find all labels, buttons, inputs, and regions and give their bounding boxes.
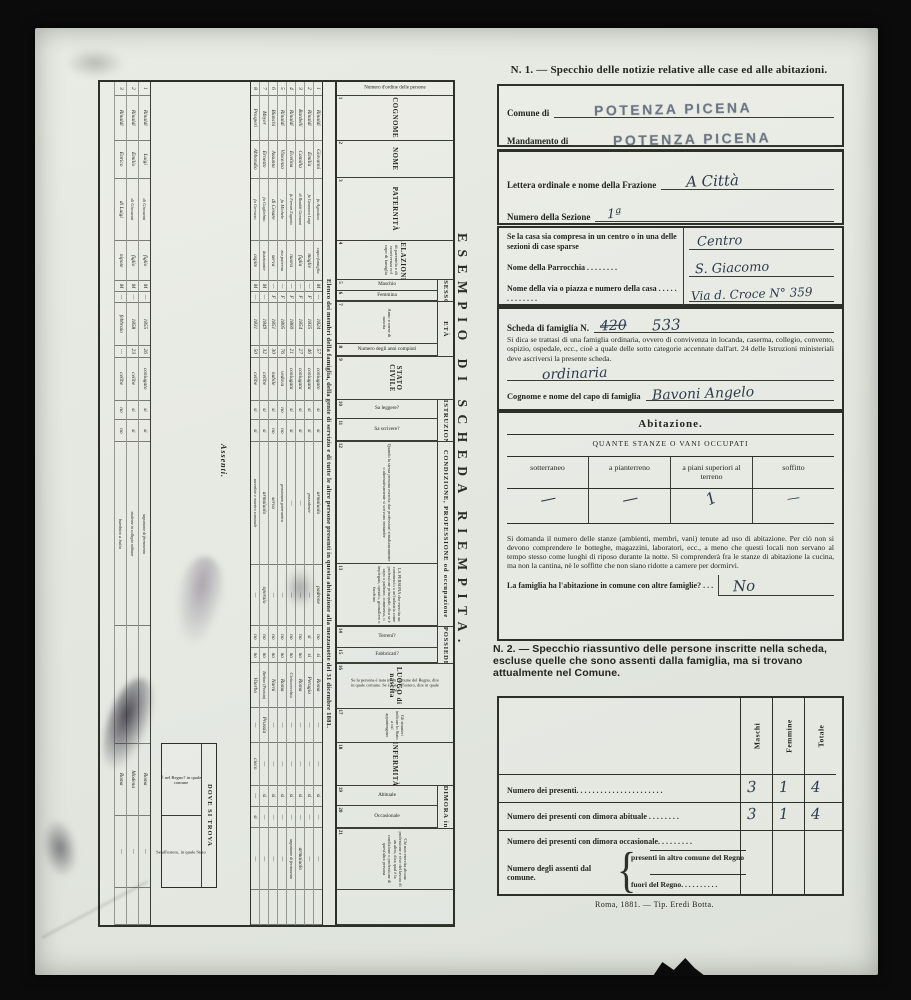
table-cell: — [260, 743, 268, 786]
paper-sheet: Numero d'ordine delle personeCOGNOME1NOM… [35, 28, 878, 975]
table-cell: — [287, 708, 295, 743]
presenti-rows: 1RinaldiGiovannifu Agostinocapo-famiglia… [250, 82, 322, 925]
table-cell: sì [296, 401, 304, 421]
table-cell: Rinaldi [139, 96, 150, 141]
abitazione-title: Abitazione. [499, 413, 842, 430]
table-cell: negoziante di ferramenta [139, 442, 150, 626]
form1-comune-box: Comune di POTENZA PICENA Mandamento di P… [497, 84, 844, 147]
table-cell: 30 [269, 346, 277, 358]
table-cell: — [127, 292, 138, 303]
stanze-col-pianterreno: a pianterreno [589, 457, 671, 488]
table-cell: 1824 [314, 303, 322, 346]
table-cell: moglie [305, 241, 313, 281]
assenti-branch-regno: presenti in altro comune del Regno [631, 853, 781, 862]
table-cell: di Luigi [115, 179, 126, 242]
table-cell: — [305, 281, 313, 292]
table-cell: no [296, 648, 304, 663]
table-cell: Prosperi [251, 96, 259, 141]
table-cell: sì [269, 786, 277, 807]
dst-regno-header: È nel Regno? in quale comune [162, 744, 201, 816]
table-cell: sacerdote e maestro comunale [251, 442, 259, 564]
table-cell: sì [139, 401, 150, 421]
table-cell: sì [139, 420, 150, 442]
table-cell: capo-famiglia [314, 241, 322, 281]
comune-question: La famiglia ha l'abitazione in comune co… [507, 581, 713, 591]
header-cell: Maschio5 [337, 280, 437, 291]
table-title-line: Elenco dei membri della famiglia, della … [322, 82, 335, 925]
table-cell [269, 890, 277, 925]
table-cell: Viterbo [251, 663, 259, 708]
table-cell: Civitavecchia [287, 663, 295, 708]
table-cell: Evelina [287, 141, 295, 179]
table-cell: — [314, 828, 322, 890]
table-cell: zia paterna [278, 241, 286, 281]
person-row: 4RinaldiEvelinafu Ferrari Eugenionuora—F… [286, 82, 295, 925]
table-cell: Perugia [305, 663, 313, 708]
abituale-maschi: 3 [747, 805, 757, 823]
table-cell: Giovanni [314, 141, 322, 179]
table-cell: Rinaldi [278, 96, 286, 141]
stanze-value-cell: 1 [671, 489, 753, 523]
table-cell: — [260, 292, 268, 303]
header-group: SESSOMaschio5Femmina6 [337, 280, 453, 302]
table-cell: fu Ferrari Eugenio [287, 179, 295, 242]
centro-label: Se la casa sia compresa in un centro o i… [507, 228, 684, 255]
parrocchia-value: S. Giacomo [695, 259, 770, 277]
comune-label: Comune di [507, 108, 549, 118]
table-cell [278, 890, 286, 925]
table-cell: 1860 [287, 303, 295, 346]
table-cell: Vincenza [278, 141, 286, 179]
table-cell: Berlino (Prussia) [260, 663, 268, 708]
table-cell: sì [260, 401, 268, 421]
header-cell: Numero degli anni compiuti8 [337, 344, 437, 356]
presenti-maschi: 3 [747, 778, 757, 796]
table-cell: no [296, 626, 304, 648]
table-cell: Rinaldi [287, 96, 295, 141]
table-cell: sì [314, 786, 322, 807]
header-cell: RELAZIONEdi parentela o di convivenza co… [337, 241, 453, 281]
table-cell: Bardelli [296, 96, 304, 141]
table-cell: — [251, 565, 259, 627]
table-cell: figlia [296, 241, 304, 281]
header-cell: LA PERSONA che esercita un commercio o u… [337, 564, 437, 626]
table-cell: — [251, 708, 259, 743]
table-cell: no [287, 626, 295, 648]
sezione-value: 1ª [607, 207, 622, 222]
table-cell: — [260, 828, 268, 890]
table-cell: armaiuolo [296, 828, 304, 890]
header-cell: Numero d'ordine delle persone [337, 82, 453, 96]
table-cell: — [278, 807, 286, 829]
table-header-band: Numero d'ordine delle personeCOGNOME1NOM… [335, 82, 453, 925]
scheda-label: Scheda di famiglia N. [507, 323, 589, 333]
row-dimora-abituale-label: Numero dei presenti con dimora abituale … [507, 812, 737, 821]
person-row: 2RinaldiEmiliafu Casanova Luigimoglie—F1… [304, 82, 313, 925]
table-cell: Roma [278, 663, 286, 708]
table-cell: Roma [296, 663, 304, 708]
table-cell: 2 [127, 82, 138, 96]
header-cell: Quando la stessa persona esercita due pr… [337, 442, 437, 564]
table-cell: possidente [305, 442, 313, 564]
table-cell: 2 [305, 82, 313, 96]
table-cell: Rinaldi [115, 96, 126, 141]
table-cell: sì [269, 401, 277, 421]
header-cell: Gli stranieri indicare lo Stato a cui ap… [337, 709, 453, 744]
table-cell: Prussia [260, 708, 268, 743]
table-cell: — [269, 281, 277, 292]
table-cell: sì [251, 401, 259, 421]
table-cell: no [115, 420, 126, 442]
pen-smudge [285, 568, 315, 608]
table-cell: no [251, 626, 259, 648]
table-cell: — [269, 743, 277, 786]
row-presenti-label: Numero dei presenti. . . . . . . . . . .… [507, 786, 737, 795]
table-cell: Enrico [115, 141, 126, 179]
table-cell: 1 [314, 82, 322, 96]
presenti-totale: 4 [811, 778, 821, 796]
table-cell: no [115, 401, 126, 421]
table-cell: figlio [139, 241, 150, 281]
table-cell: 26 [139, 346, 150, 358]
table-cell: sì [260, 420, 268, 442]
table-cell: figlio [127, 241, 138, 281]
table-cell: Rinaldi [314, 96, 322, 141]
table-cell: 32 [260, 346, 268, 358]
mandamento-label: Mandamento di [507, 136, 568, 146]
stanze-value-cell: — [507, 489, 589, 523]
person-row: 3BardelliCamilladi Rinaldi Giovannifigli… [295, 82, 304, 925]
frazione-field: A Città [661, 175, 834, 190]
table-cell: coniugato [314, 358, 322, 401]
table-cell: 3 [296, 82, 304, 96]
assenti-label: Assenti. [219, 444, 228, 478]
via-label: Nome della via o piazza e numero della c… [507, 281, 684, 306]
form1-location-box: Se la casa sia compresa in un centro o i… [497, 226, 844, 306]
table-cell: sì [305, 420, 313, 442]
header-cell: Sa leggere?10 [337, 400, 437, 420]
header-cell: Chi non esercita alcuna professione e vi… [337, 829, 453, 890]
table-cell: di Giovanni [139, 179, 150, 242]
table-cell: fu Guglielmo [260, 179, 268, 242]
person-row: 3RinaldiEnricodi LuiginipoteM—febbraio—c… [114, 82, 126, 925]
table-cell: Meyer [260, 96, 268, 141]
table-cell: — [251, 786, 259, 807]
table-cell: — [287, 281, 295, 292]
presenti-femmine: 1 [779, 778, 789, 796]
table-cell: sì [314, 648, 322, 663]
table-cell: — [278, 743, 286, 786]
table-cell [127, 888, 138, 925]
assenti-branch-estero: fuori del Regno. . . . . . . . . . [631, 880, 781, 889]
table-cell: — [314, 743, 322, 786]
table-cell: no [251, 648, 259, 663]
person-row: 1RinaldiGiovannifu Agostinocapo-famiglia… [313, 82, 322, 925]
table-cell: 8 [251, 82, 259, 96]
table-cell: Roma [314, 663, 322, 708]
table-cell: — [287, 442, 295, 564]
table-cell: serva [269, 241, 277, 281]
table-cell [260, 890, 268, 925]
tipo-field: ordinaria [507, 366, 834, 381]
table-cell: Rinaldi [127, 96, 138, 141]
table-cell: sì [296, 420, 304, 442]
centro-field: Centro [689, 233, 834, 250]
table-cell: no [269, 626, 277, 648]
table-cell: 76 [278, 346, 286, 358]
table-cell: — [287, 743, 295, 786]
table-cell: pensionata governativa [278, 442, 286, 564]
table-cell: dozzinante [260, 241, 268, 281]
stanze-value-cell: — [753, 489, 834, 523]
mandamento-stamp: POTENZA PICENA [613, 129, 771, 148]
table-cell: — [305, 743, 313, 786]
table-cell: — [139, 816, 150, 889]
table-cell: no [278, 420, 286, 442]
header-group: POSSIEDETerreni?14Fabbricati?15 [337, 627, 453, 664]
table-cell: Roma [139, 744, 150, 816]
table-cell: coniugata [296, 358, 304, 401]
table-cell: 1849 [260, 303, 268, 346]
table-cell: celibe [127, 358, 138, 401]
table-cell: 1858 [127, 303, 138, 346]
table-cell: 46 [305, 346, 313, 358]
table-cell: 6 [269, 82, 277, 96]
table-cell: 1831 [251, 303, 259, 346]
table-cell: — [314, 708, 322, 743]
table-cell: ospite [251, 241, 259, 281]
table-cell [139, 888, 150, 925]
table-cell [296, 890, 304, 925]
table-cell: F [278, 292, 286, 303]
comune-stamp: POTENZA PICENA [594, 99, 752, 118]
sezione-label: Numero della Sezione [507, 212, 590, 222]
table-cell: — [278, 281, 286, 292]
table-cell: — [314, 292, 322, 303]
form2-value-columns: Maschi Femmine Totale [740, 698, 836, 894]
person-row: 2RinaldiEmiliodi GiovannifiglioM—185823c… [126, 82, 138, 925]
table-cell: F [287, 292, 295, 303]
example-family-table: Numero d'ordine delle personeCOGNOME1NOM… [98, 80, 455, 927]
table-cell: M [251, 281, 259, 292]
table-cell: fu Michele [278, 179, 286, 242]
col-totale: Totale [804, 698, 836, 894]
comune-answer: No [733, 577, 756, 596]
table-cell: no [278, 648, 286, 663]
table-cell: sì [287, 420, 295, 442]
table-cell: M [139, 281, 150, 292]
stanze-caption: QUANTE STANZE O VANI OCCUPATI [507, 434, 834, 452]
abituale-totale: 4 [811, 805, 821, 823]
form1-title: N. 1. — Specchio delle notizie relative … [493, 64, 845, 76]
table-cell: cieco [251, 743, 259, 786]
header-spacer [337, 890, 453, 925]
table-cell: Emilio [127, 141, 138, 179]
dove-si-trova-header: DOVE SI TROVA È nel Regno? in quale comu… [161, 743, 217, 888]
header-cell: Fabbricati?15 [337, 648, 437, 663]
centro-value: Centro [697, 233, 743, 250]
header-group: DIMORA in questo ComuneAbituale19Occasio… [337, 786, 453, 829]
header-cell: Femmina6 [337, 291, 437, 302]
sezione-field: 1ª [595, 207, 834, 222]
table-cell: 1851 [269, 303, 277, 346]
header-cell: STATO CIVILE9 [337, 357, 453, 400]
ink-blot [38, 816, 82, 881]
row-assenti-label: Numero degli assenti dal comune. [507, 864, 617, 882]
stanze-note: Si domanda il numero delle stanze (ambie… [499, 532, 842, 573]
table-cell: 3 [115, 82, 126, 96]
table-cell: 1835 [305, 303, 313, 346]
person-row: 1RinaldiLuigidi GiovannifiglioM—185526co… [138, 82, 150, 925]
table-cell: sì [127, 401, 138, 421]
table-cell: di Cesare [269, 179, 277, 242]
frazione-value: A Città [686, 171, 739, 191]
table-cell: Rinaldi [305, 96, 313, 141]
stanze-table: sotterraneo a pianterreno a piani superi… [507, 456, 834, 524]
capo-value: Bavoni Angelo [651, 384, 754, 404]
frazione-label: Lettera ordinale e nome della Frazione [507, 180, 656, 190]
person-row: 5RinaldiVincenzafu Michelezia paterna—F1… [277, 82, 286, 925]
table-cell: Ernesto [260, 141, 268, 179]
tipo-value: ordinaria [542, 365, 608, 383]
table-cell: operaio [260, 565, 268, 627]
header-group: ISTRUZIONESa leggere?10Sa scrivere?11 [337, 400, 453, 442]
table-cell: 7 [260, 82, 268, 96]
table-cell: no [269, 420, 277, 442]
table-cell: 1854 [296, 303, 304, 346]
header-cell: INFERMITÀ18 [337, 743, 453, 786]
table-cell: sì [314, 401, 322, 421]
stanze-col-piani-superiori: a piani superiori al terreno [671, 457, 753, 488]
form1-scheda-box: Scheda di famiglia N. 420 533 Si dica se… [497, 306, 844, 411]
table-cell: sì [305, 648, 313, 663]
table-cell: Assunta [269, 141, 277, 179]
table-cell: M [115, 281, 126, 292]
table-cell: sì [305, 626, 313, 648]
vertical-caption: ESEMPIO DI SCHEDA RIEMPITA. [454, 233, 470, 773]
person-row: 6BianchiAssuntadi Cesareserva—F185130nub… [268, 82, 277, 925]
header-cell: Sa scrivere?11 [337, 419, 437, 440]
assenti-brace: { [617, 840, 636, 899]
header-cell: Abituale19 [337, 786, 437, 807]
table-cell: Bianchi [269, 96, 277, 141]
table-cell: — [305, 807, 313, 829]
table-cell: sì [278, 786, 286, 807]
table-cell: no [278, 401, 286, 421]
table-cell: no [287, 648, 295, 663]
table-cell: di Rinaldi Giovanni [296, 179, 304, 242]
table-cell: M [260, 281, 268, 292]
table-cell: serva [269, 442, 277, 564]
scheda-field: 420 533 [594, 318, 834, 333]
table-cell: — [296, 807, 304, 829]
table-cell: no [278, 626, 286, 648]
table-cell: no [260, 626, 268, 648]
col-femmine: Femmine [772, 698, 804, 894]
table-cell: — [269, 708, 277, 743]
table-cell: — [296, 281, 304, 292]
dst-estero-header: Se all'estero, in quale Stato [162, 816, 201, 887]
table-cell [251, 890, 259, 925]
table-cell: di Giovanni [127, 179, 138, 242]
table-cell: Camilla [296, 141, 304, 179]
table-cell: — [296, 743, 304, 786]
table-cell: 57 [314, 346, 322, 358]
table-cell: sì [314, 420, 322, 442]
dove-si-trova-title: DOVE SI TROVA [201, 744, 216, 887]
census-scan-page: Numero d'ordine delle personeCOGNOME1NOM… [0, 0, 911, 1000]
capo-label: Cognome e nome del capo di famiglia [507, 392, 641, 401]
table-cell: — [296, 442, 304, 564]
table-cell: nuora [287, 241, 295, 281]
person-row: 8ProsperiAbbondiofu GervasoospiteM—18315… [250, 82, 259, 925]
table-cell: sì [127, 420, 138, 442]
table-cell: 5 [278, 82, 286, 96]
table-cell: no [260, 648, 268, 663]
table-cell: M [314, 281, 322, 292]
table-cell: vedova [278, 358, 286, 401]
table-cell: — [278, 708, 286, 743]
table-cell: 1855 [139, 303, 150, 346]
table-cell: 21 [287, 346, 295, 358]
table-cell: — [115, 346, 126, 358]
table-cell: coniugato [139, 358, 150, 401]
header-cell: Occasionale20 [337, 806, 437, 827]
col-maschi: Maschi [740, 698, 772, 894]
edge-shadow [65, 48, 125, 78]
header-cell: Anno o mese di nascita7 [337, 302, 437, 344]
header-cell: NOME2 [337, 141, 453, 179]
table-cell: F [296, 292, 304, 303]
table-cell: sì [296, 786, 304, 807]
table-cell: sì [251, 807, 259, 829]
abituale-femmine: 1 [779, 805, 789, 823]
table-cell: armaiuolo [260, 442, 268, 564]
imprint: Roma, 1881. — Tip. Eredi Botta. [595, 900, 714, 909]
table-cell: — [251, 828, 259, 890]
table-cell: — [278, 828, 286, 890]
table-cell: — [127, 816, 138, 889]
capo-field: Bavoni Angelo [646, 386, 834, 401]
table-cell: 27 [296, 346, 304, 358]
form2-title: N. 2. — Specchio riassuntivo delle perso… [493, 643, 845, 679]
scheda-note: Si dica se trattasi di una famiglia ordi… [499, 333, 842, 365]
table-cell [287, 890, 295, 925]
table-cell: fu Casanova Luigi [305, 179, 313, 242]
table-cell: — [139, 292, 150, 303]
assenti-rows: 1RinaldiLuigidi GiovannifiglioM—185526co… [114, 82, 150, 925]
table-cell: — [278, 565, 286, 627]
table-cell: negoziante di ferramenta [287, 828, 295, 890]
form2-table: Maschi Femmine Totale Numero dei present… [497, 696, 844, 896]
table-cell: 4 [287, 82, 295, 96]
header-cell: COGNOME1 [337, 96, 453, 141]
parrocchia-label: Nome della Parrocchia . . . . . . . . [507, 255, 684, 281]
parrocchia-field: S. Giacomo [689, 260, 834, 277]
header-group: ETÀAnno o mese di nascita7Numero degli a… [337, 302, 453, 357]
stanze-col-soffitto: soffitto [753, 457, 834, 488]
comune-answer-field: No [718, 575, 834, 596]
table-cell: nubile [269, 358, 277, 401]
table-cell: no [269, 648, 277, 663]
table-cell: M [127, 281, 138, 292]
table-cell: nipote [115, 241, 126, 281]
table-cell: sì [251, 420, 259, 442]
table-cell: Luigi [139, 141, 150, 179]
table-cell: — [296, 708, 304, 743]
table-cell: sì [305, 786, 313, 807]
table-cell: F [269, 292, 277, 303]
